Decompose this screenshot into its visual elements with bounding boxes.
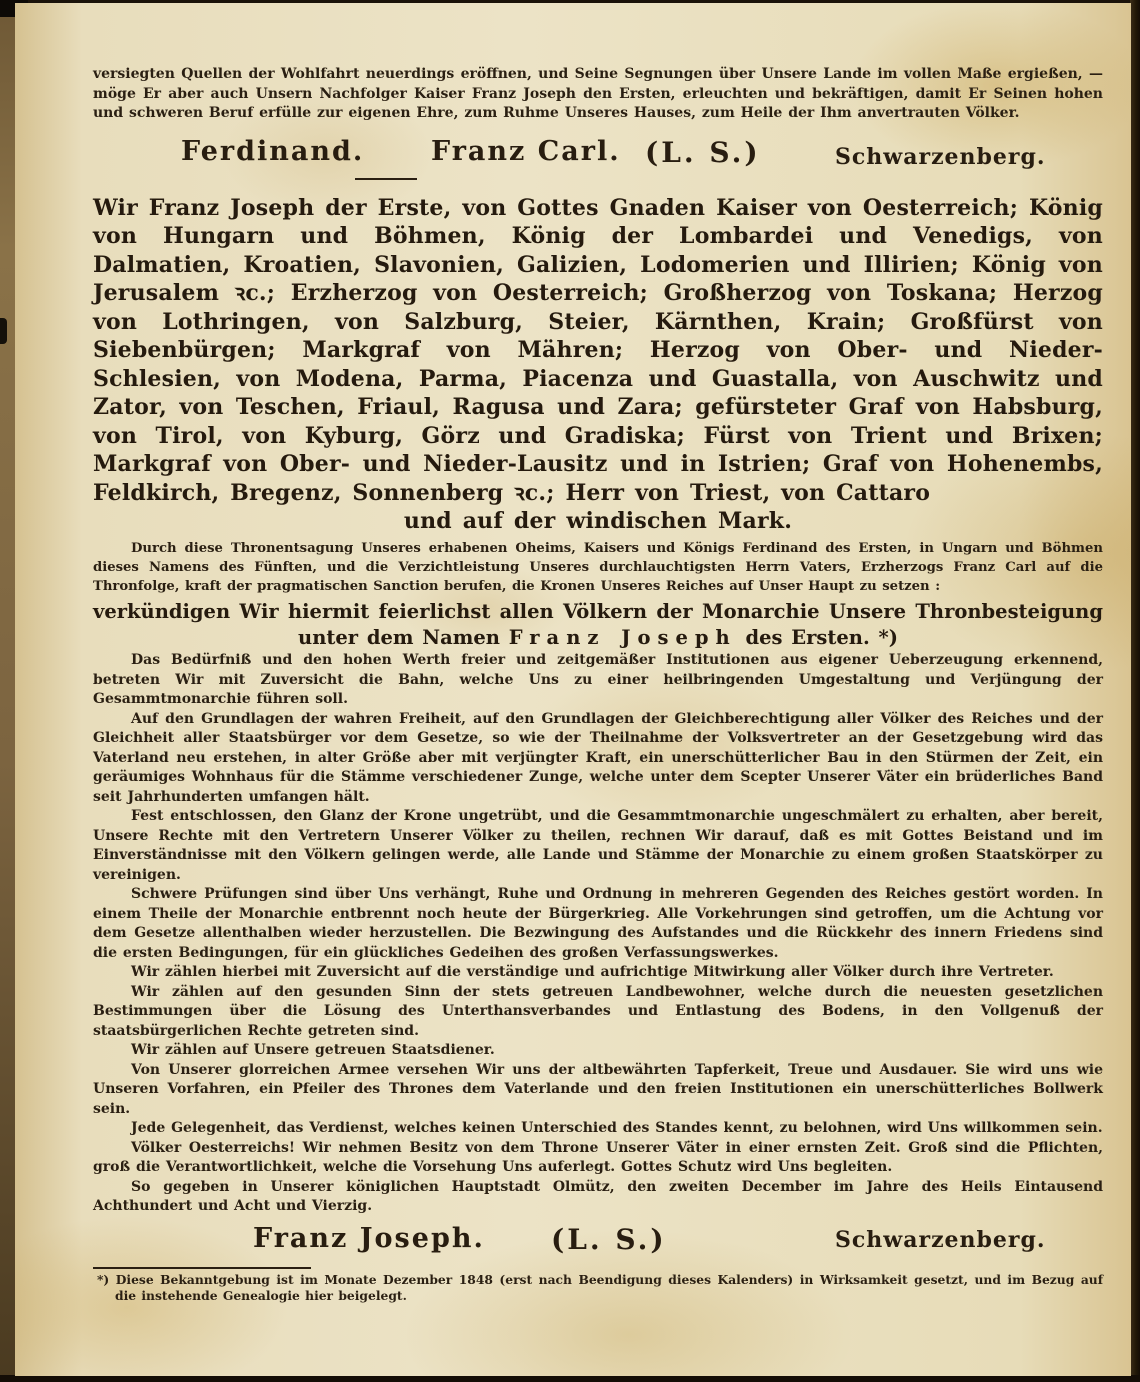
body-paragraph: Fest entschlossen, den Glanz der Krone u… bbox=[93, 807, 1103, 885]
proclamation-body: Das Bedürfniß und den hohen Werth freier… bbox=[93, 651, 1103, 1217]
intro-paragraph: versiegten Quellen der Wohlfahrt neuerdi… bbox=[93, 65, 1103, 124]
heading-line2-pre: unter dem Namen bbox=[298, 626, 509, 649]
signature-franz-carl: Franz Carl. bbox=[431, 136, 621, 167]
body-paragraph: So gegeben in Unserer königlichen Haupts… bbox=[93, 1178, 1103, 1217]
top-signature-row: Ferdinand. Franz Carl. (L. S.) Schwarzen… bbox=[93, 136, 1103, 182]
body-paragraph: Jede Gelegenheit, das Verdienst, welches… bbox=[93, 1119, 1103, 1139]
body-paragraph: Schwere Prüfungen sind über Uns verhängt… bbox=[93, 885, 1103, 963]
signature-divider bbox=[355, 178, 417, 180]
book-edge-bottom bbox=[0, 1375, 1140, 1382]
scan-edge-mark bbox=[0, 318, 7, 344]
footnote-marker: *) bbox=[97, 1272, 109, 1287]
body-paragraph: Das Bedürfniß und den hohen Werth freier… bbox=[93, 651, 1103, 710]
body-paragraph: Wir zählen hierbei mit Zuversicht auf di… bbox=[93, 963, 1103, 983]
seal-mark-top: (L. S.) bbox=[645, 136, 761, 169]
heading-line2-post: des Ersten. *) bbox=[737, 626, 898, 649]
signature-franz-joseph: Franz Joseph. bbox=[253, 1223, 485, 1254]
footnote-divider bbox=[93, 1267, 311, 1269]
book-edge-right bbox=[1130, 0, 1140, 1382]
footnote-text: Diese Bekanntgebung ist im Monate Dezemb… bbox=[115, 1272, 1103, 1304]
proclamation-heading-line2: unter dem Namen Franz Joseph des Ersten.… bbox=[93, 625, 1103, 651]
seal-mark-bottom: (L. S.) bbox=[551, 1223, 667, 1256]
royal-titles-last-line: und auf der windischen Mark. bbox=[93, 507, 1103, 535]
heading-line2-name: Franz Joseph bbox=[509, 626, 737, 649]
signature-ferdinand: Ferdinand. bbox=[181, 136, 364, 167]
countersignature-schwarzenberg-bottom: Schwarzenberg. bbox=[835, 1227, 1046, 1253]
body-paragraph: Von Unserer glorreichen Armee versehen W… bbox=[93, 1061, 1103, 1120]
footnote: *) Diese Bekanntgebung ist im Monate Dez… bbox=[93, 1272, 1103, 1305]
bottom-signature-row: Franz Joseph. (L. S.) Schwarzenberg. bbox=[93, 1223, 1103, 1263]
document-page: versiegten Quellen der Wohlfahrt neuerdi… bbox=[15, 3, 1131, 1376]
proclamation-heading-line1: verkündigen Wir hiermit feierlichst alle… bbox=[93, 599, 1103, 625]
royal-titles-paragraph: Wir Franz Joseph der Erste, von Gottes G… bbox=[93, 194, 1103, 508]
body-paragraph: Völker Oesterreichs! Wir nehmen Besitz v… bbox=[93, 1139, 1103, 1178]
succession-paragraph: Durch diese Thronentsagung Unseres erhab… bbox=[93, 540, 1103, 596]
body-paragraph: Wir zählen auf Unsere getreuen Staatsdie… bbox=[93, 1041, 1103, 1061]
body-paragraph: Wir zählen auf den gesunden Sinn der ste… bbox=[93, 983, 1103, 1042]
countersignature-schwarzenberg-top: Schwarzenberg. bbox=[835, 144, 1046, 170]
body-paragraph: Auf den Grundlagen der wahren Freiheit, … bbox=[93, 710, 1103, 808]
